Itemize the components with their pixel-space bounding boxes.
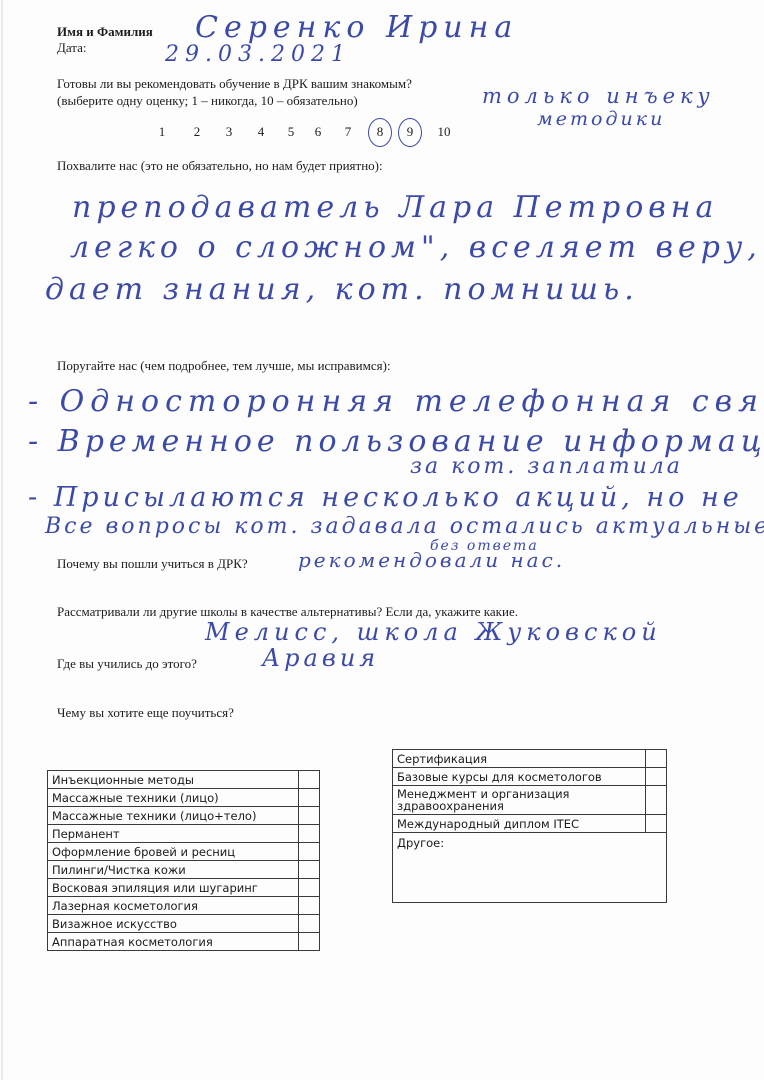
criticize-line-3: за кот. заплатила — [410, 454, 683, 479]
course-row: Визажное искусство — [48, 915, 320, 933]
course-label: Восковая эпиляция или шугаринг — [48, 879, 299, 897]
praise-question: Похвалите нас (это не обязательно, но на… — [57, 158, 383, 174]
praise-line-1: преподаватель Лара Петровна — [72, 190, 718, 225]
course-checkbox[interactable] — [299, 861, 320, 879]
praise-line-2: легко о сложном", вселяет веру, — [70, 230, 762, 265]
course-row: Международный диплом ITEC — [393, 815, 667, 833]
course-checkbox[interactable] — [299, 825, 320, 843]
name-answer[interactable]: Серенко Ирина — [195, 10, 518, 45]
course-checkbox[interactable] — [299, 915, 320, 933]
recommend-hint: (выберите одну оценку; 1 – никогда, 10 –… — [57, 93, 358, 109]
course-row: Базовые курсы для косметологов — [393, 768, 667, 786]
course-label: Аппаратная косметология — [48, 933, 299, 951]
course-label: Оформление бровей и ресниц — [48, 843, 299, 861]
recommend-note-2: методики — [537, 108, 665, 130]
course-checkbox[interactable] — [299, 807, 320, 825]
criticize-line-4: - Присылаются несколько акций, но не — [28, 482, 743, 513]
course-label: Лазерная косметология — [48, 897, 299, 915]
recommend-note-1: только инъеку — [482, 84, 715, 108]
criticize-line-7: рекомендовали нас. — [298, 548, 565, 572]
criticize-line-5: Все вопросы кот. задавала остались актуа… — [45, 514, 764, 539]
date-answer[interactable]: 29.03.2021 — [165, 42, 351, 67]
course-row: Инъекционные методы — [48, 771, 320, 789]
course-checkbox[interactable] — [646, 768, 667, 786]
course-row: Массажные техники (лицо) — [48, 789, 320, 807]
recommend-question: Готовы ли вы рекомендовать обучение в ДР… — [57, 76, 412, 92]
rating-option-10[interactable]: 10 — [435, 124, 453, 140]
course-row: Менеджмент и организация здравоохранения — [393, 786, 667, 815]
course-label: Массажные техники (лицо) — [48, 789, 299, 807]
course-checkbox[interactable] — [299, 771, 320, 789]
course-label: Сертификация — [393, 750, 646, 768]
course-row: Пилинги/Чистка кожи — [48, 861, 320, 879]
courses-table-left: Инъекционные методыМассажные техники (ли… — [47, 770, 320, 951]
rating-option-2[interactable]: 2 — [190, 124, 204, 140]
rating-option-4[interactable]: 4 — [254, 124, 268, 140]
course-row: Перманент — [48, 825, 320, 843]
course-checkbox[interactable] — [299, 933, 320, 951]
course-row: Массажные техники (лицо+тело) — [48, 807, 320, 825]
course-label: Перманент — [48, 825, 299, 843]
course-label: Международный диплом ITEC — [393, 815, 646, 833]
course-checkbox[interactable] — [299, 879, 320, 897]
course-row: Восковая эпиляция или шугаринг — [48, 879, 320, 897]
course-label: Инъекционные методы — [48, 771, 299, 789]
scan-edge — [1, 0, 3, 1080]
criticize-line-1: - Односторонняя телефонная связь. — [28, 384, 764, 419]
course-checkbox[interactable] — [646, 815, 667, 833]
other-row: Другое: — [393, 833, 667, 903]
other-field[interactable]: Другое: — [393, 833, 667, 903]
course-label: Визажное искусство — [48, 915, 299, 933]
course-checkbox[interactable] — [299, 897, 320, 915]
course-row: Аппаратная косметология — [48, 933, 320, 951]
course-row: Оформление бровей и ресниц — [48, 843, 320, 861]
alternatives-answer[interactable]: Мелисс, школа Жуковской — [205, 618, 662, 646]
course-row: Сертификация — [393, 750, 667, 768]
course-checkbox[interactable] — [646, 786, 667, 815]
rating-option-7[interactable]: 7 — [341, 124, 355, 140]
course-checkbox[interactable] — [299, 789, 320, 807]
rating-option-1[interactable]: 1 — [155, 124, 169, 140]
feedback-form-page: Имя и Фамилия Дата: Серенко Ирина 29.03.… — [0, 0, 764, 1080]
rating-circle-mark — [368, 118, 392, 147]
rating-option-5[interactable]: 5 — [284, 124, 298, 140]
why-question: Почему вы пошли учиться в ДРК? — [57, 556, 248, 572]
criticize-question: Поругайте нас (чем подробнее, тем лучше,… — [57, 358, 391, 374]
course-label: Массажные техники (лицо+тело) — [48, 807, 299, 825]
course-label: Менеджмент и организация здравоохранения — [393, 786, 646, 815]
course-label: Базовые курсы для косметологов — [393, 768, 646, 786]
rating-circle-mark — [398, 118, 422, 147]
course-checkbox[interactable] — [646, 750, 667, 768]
course-checkbox[interactable] — [299, 843, 320, 861]
previous-question: Где вы учились до этого? — [57, 656, 197, 672]
previous-answer[interactable]: Аравия — [262, 644, 379, 672]
courses-table-right: СертификацияБазовые курсы для косметолог… — [392, 749, 667, 903]
rating-option-6[interactable]: 6 — [311, 124, 325, 140]
date-label: Дата: — [57, 40, 87, 56]
rating-option-3[interactable]: 3 — [222, 124, 236, 140]
name-label: Имя и Фамилия — [57, 24, 153, 40]
course-label: Пилинги/Чистка кожи — [48, 861, 299, 879]
learn-question: Чему вы хотите еще поучиться? — [57, 705, 234, 721]
praise-line-3: дает знания, кот. помнишь. — [45, 272, 639, 307]
course-row: Лазерная косметология — [48, 897, 320, 915]
